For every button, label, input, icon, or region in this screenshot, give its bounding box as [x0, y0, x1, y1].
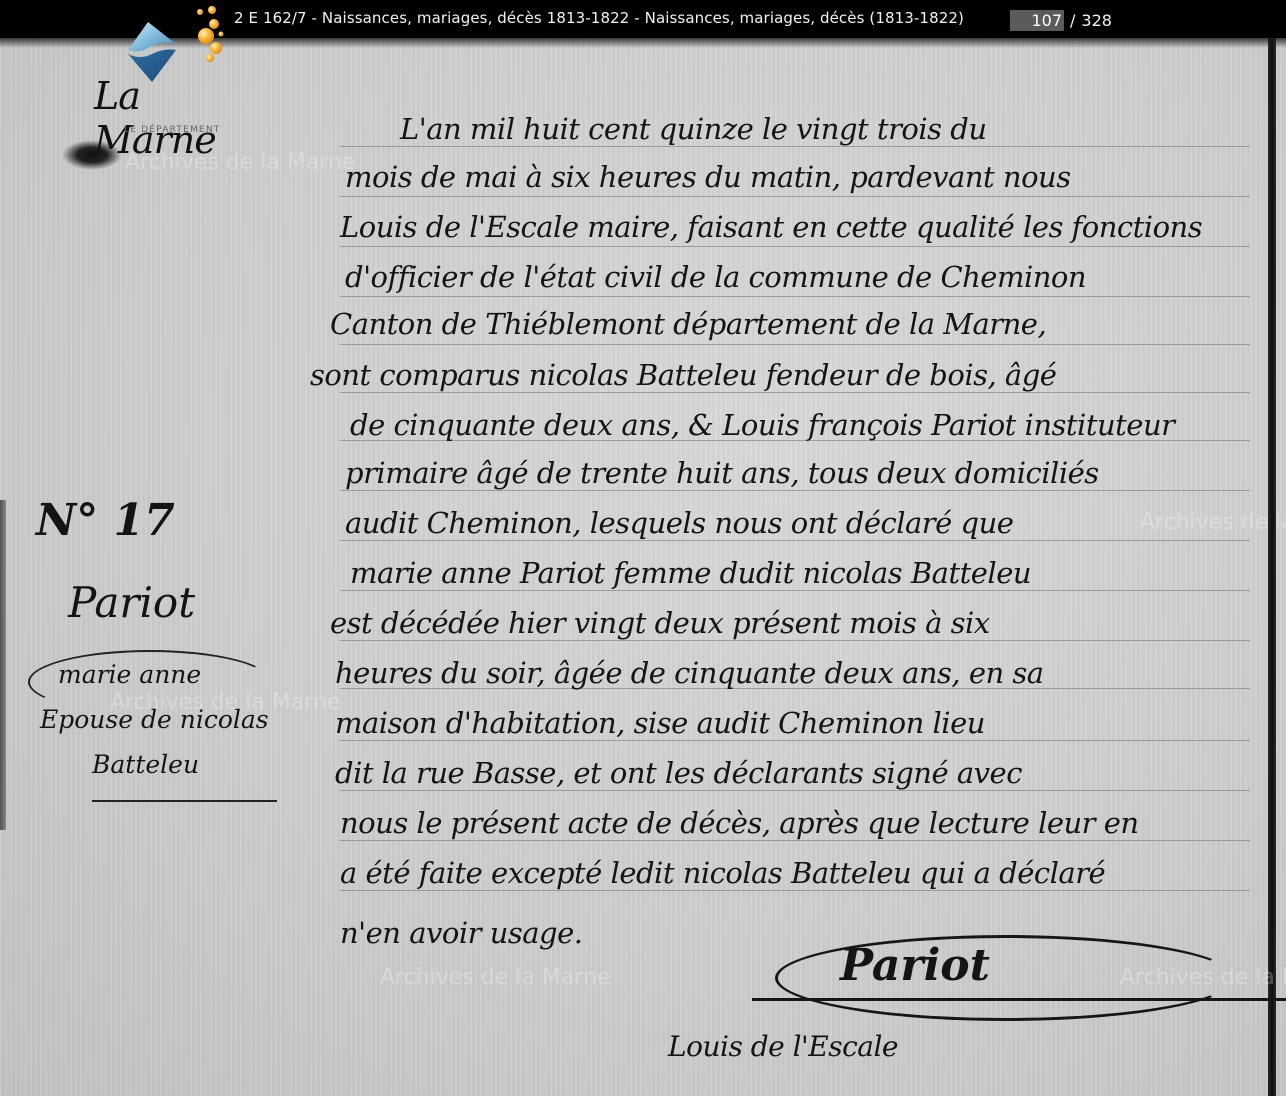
document-title: 2 E 162/7 - Naissances, mariages, décès …	[234, 9, 964, 27]
margin-relation-line2: Batteleu	[92, 750, 199, 779]
record-line: n'en avoir usage.	[340, 916, 583, 950]
record-line: heures du soir, âgée de cinquante deux a…	[335, 656, 1044, 690]
record-line: maison d'habitation, sise audit Cheminon…	[335, 706, 985, 740]
record-line: est décédée hier vingt deux présent mois…	[330, 606, 990, 640]
la-marne-logo[interactable]: La Marne LE DÉPARTEMENT	[88, 4, 238, 138]
watermark: Archives de la Marne	[380, 965, 610, 990]
logo-wordmark: La Marne	[94, 74, 238, 162]
margin-brace	[28, 650, 272, 714]
page-separator: /	[1070, 11, 1075, 30]
document-image-viewer[interactable]: Archives de la Marne Archives de la Marn…	[0, 0, 1286, 1096]
record-line: a été faite excepté ledit nicolas Battel…	[340, 856, 1105, 890]
record-line: L'an mil huit cent quinze le vingt trois…	[400, 112, 987, 146]
record-line: marie anne Pariot femme dudit nicolas Ba…	[350, 556, 1031, 590]
total-pages: 328	[1081, 11, 1112, 30]
signature-line	[752, 998, 1286, 1001]
record-line: de cinquante deux ans, & Louis françois …	[350, 408, 1175, 442]
record-line: sont comparus nicolas Batteleu fendeur d…	[310, 358, 1056, 392]
signature-pariot: Pariot	[840, 940, 990, 991]
watermark: Archives de la Marne	[1140, 510, 1286, 535]
page-binding-edge	[1268, 38, 1276, 1096]
logo-subtitle: LE DÉPARTEMENT	[124, 125, 220, 135]
record-line: nous le présent acte de décès, après que…	[340, 806, 1139, 840]
signature-mayor: Louis de l'Escale	[668, 1030, 898, 1063]
record-line: mois de mai à six heures du matin, parde…	[345, 160, 1071, 194]
page-left-edge	[0, 500, 6, 830]
record-line: Louis de l'Escale maire, faisant en cett…	[340, 210, 1202, 244]
la-marne-diamond-logo-icon	[88, 4, 238, 84]
record-line: Canton de Thiéblemont département de la …	[330, 307, 1046, 341]
margin-surname: Pariot	[68, 578, 195, 627]
record-number: N° 17	[36, 495, 175, 546]
margin-underline	[92, 800, 277, 802]
current-page-input[interactable]	[1010, 10, 1064, 31]
record-line: dit la rue Basse, et ont les déclarants …	[335, 756, 1022, 790]
page-navigator: / 328	[1010, 9, 1112, 31]
record-line: d'officier de l'état civil de la commune…	[345, 260, 1086, 294]
record-line: primaire âgé de trente huit ans, tous de…	[345, 456, 1099, 490]
record-line: audit Cheminon, lesquels nous ont déclar…	[345, 506, 1013, 540]
